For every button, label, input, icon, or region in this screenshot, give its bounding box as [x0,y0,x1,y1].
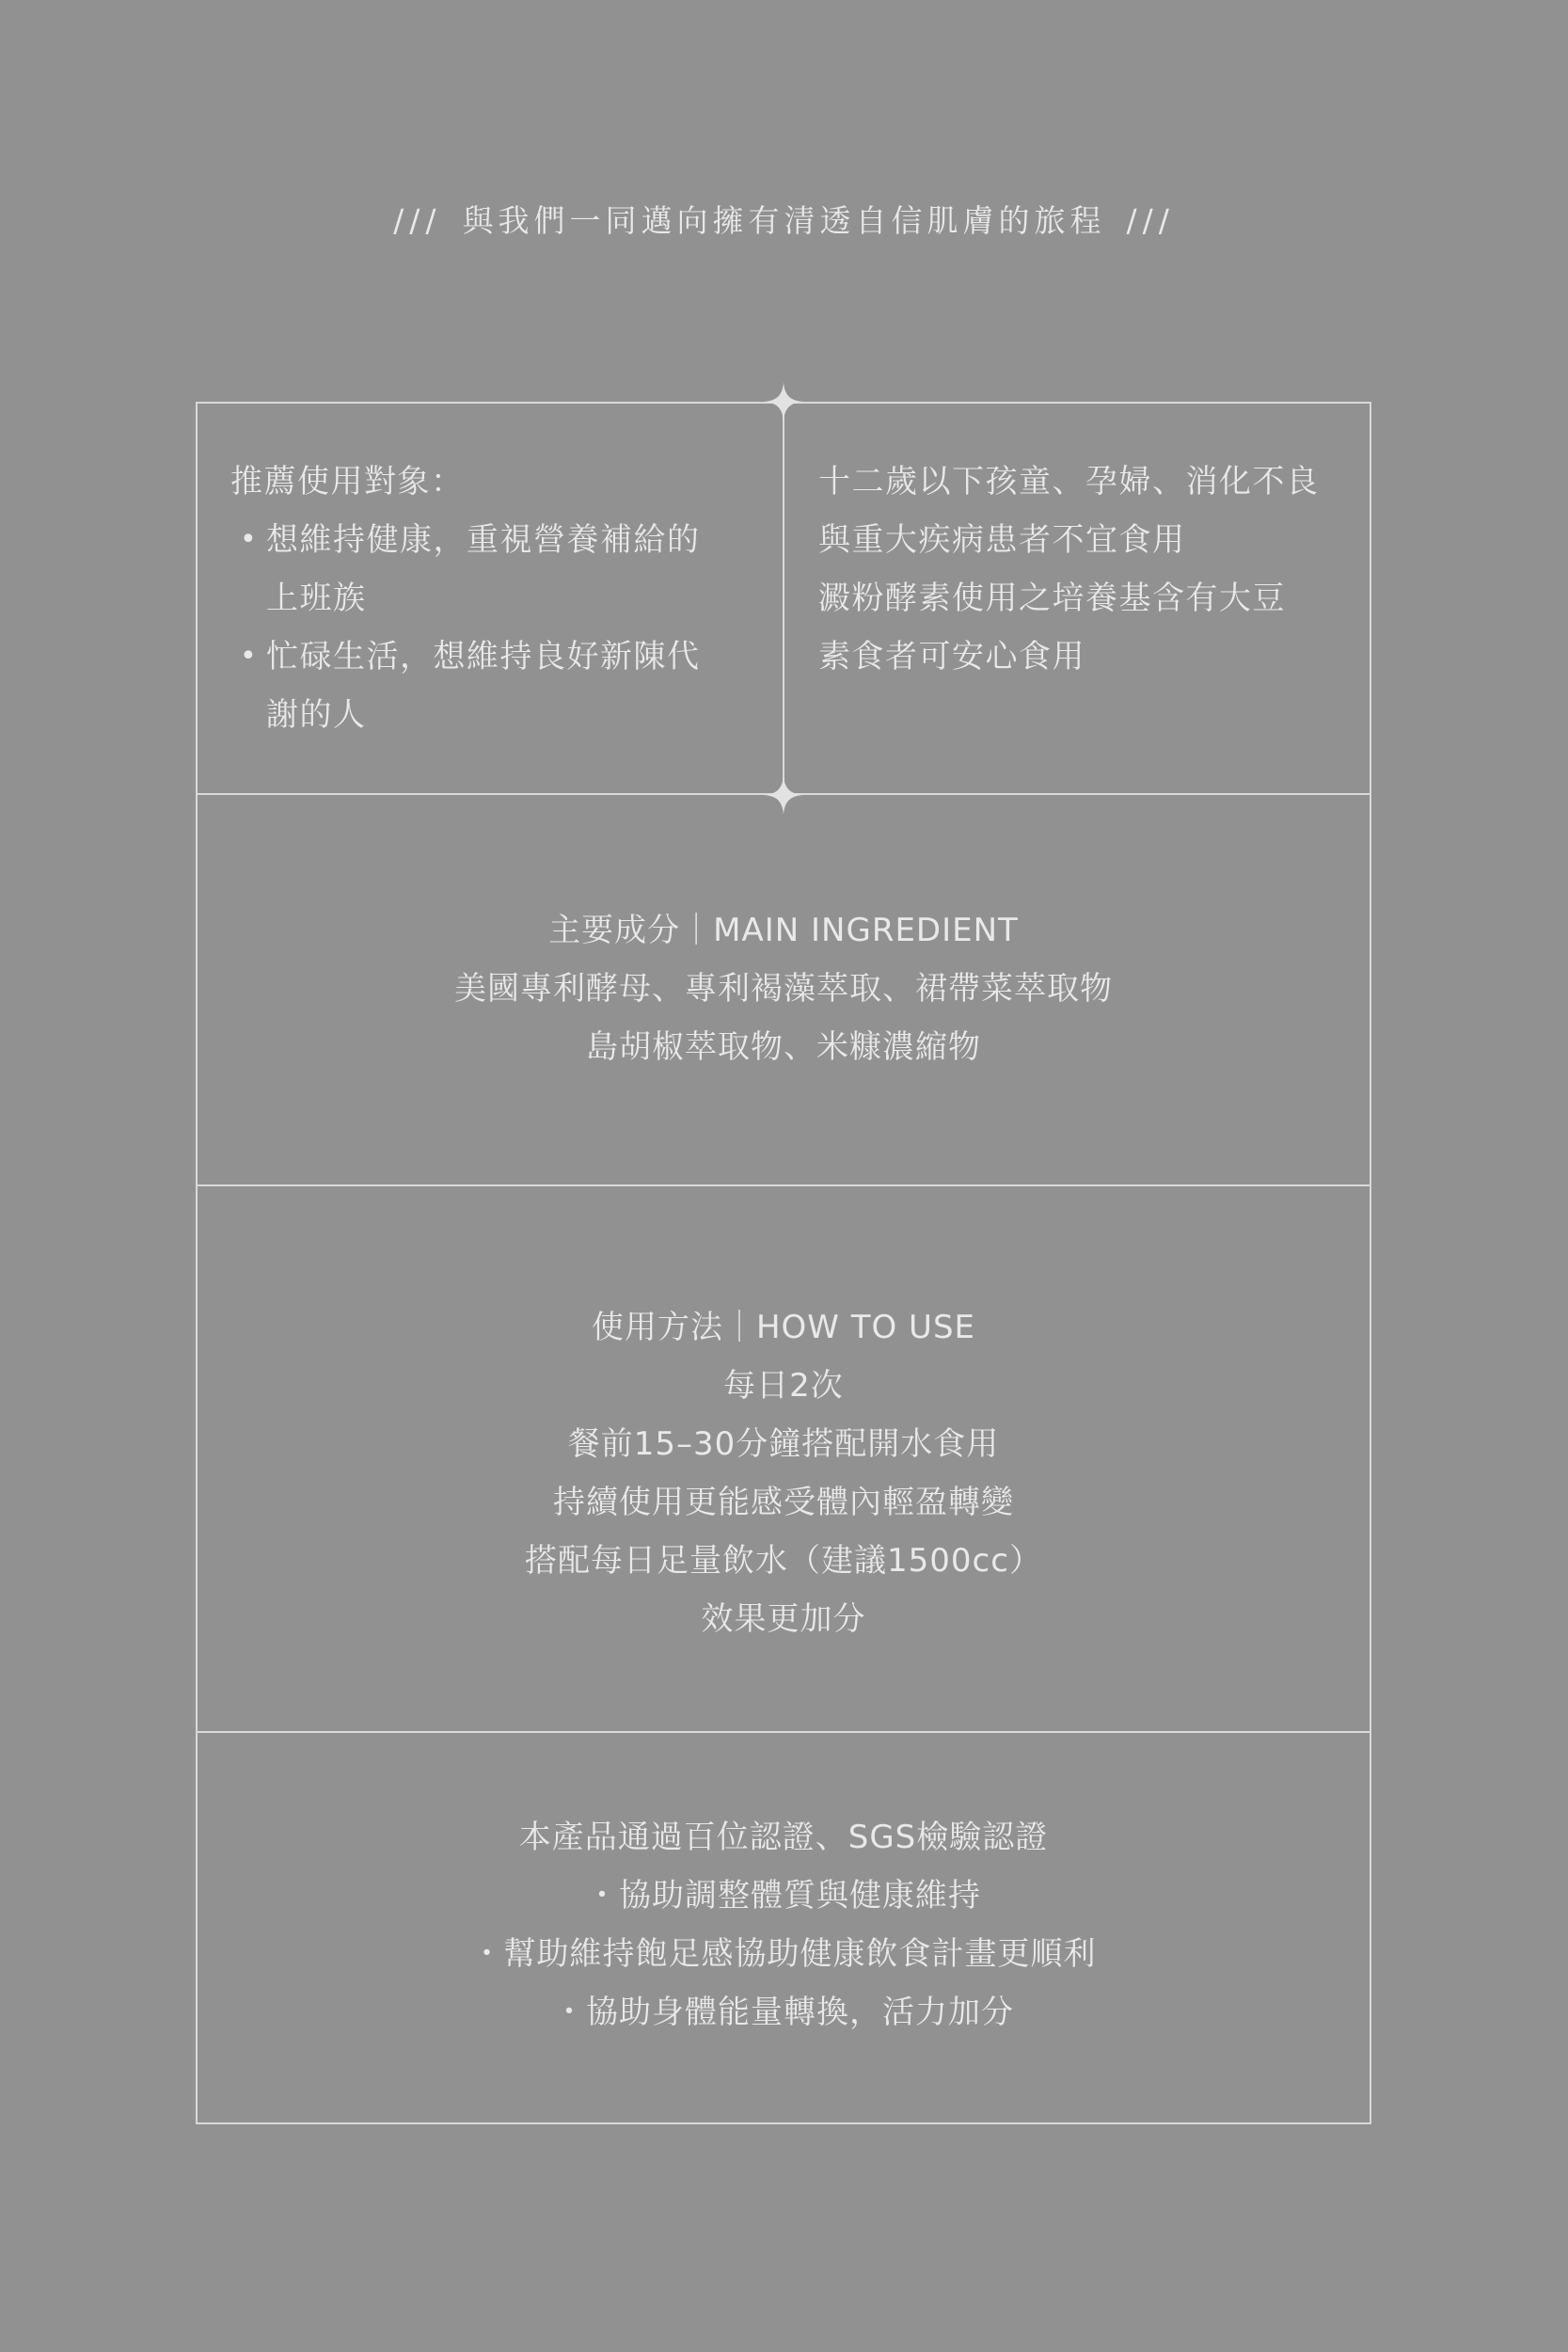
usage-line: 餐前15–30分鐘搭配開水食用 [196,1415,1371,1473]
sparkle-icon-bottom [764,775,803,815]
page-title: ///與我們一同邁向擁有清透自信肌膚的旅程/// [0,198,1568,245]
ingredient-heading: 主要成分｜MAIN INGREDIENT [196,901,1371,960]
caution-line: 十二歲以下孩童、孕婦、消化不良 [818,453,1364,511]
recommended-user-item: • 忙碌生活，想維持良好新陳代 謝的人 [230,628,757,744]
certification-line: ・幫助維持飽足感協助健康飲食計畫更順利 [196,1925,1371,1983]
ingredient-section: 主要成分｜MAIN INGREDIENT 美國專利酵母、專利褐藻萃取、裙帶菜萃取… [196,901,1371,1076]
usage-section: 使用方法｜HOW TO USE 每日2次 餐前15–30分鐘搭配開水食用 持續使… [196,1298,1371,1648]
title-text: 與我們一同邁向擁有清透自信肌膚的旅程 [463,202,1106,239]
title-slashes-right: /// [1127,202,1175,239]
certification-line: ・協助調整體質與健康維持 [196,1867,1371,1925]
item-line: 謝的人 [266,686,757,744]
vertical-divider [783,402,784,795]
certification-line: ・協助身體能量轉換，活力加分 [196,1983,1371,2042]
item-line: 忙碌生活，想維持良好新陳代 [266,628,757,686]
usage-line: 搭配每日足量飲水（建議1500cc） [196,1532,1371,1590]
usage-line: 每日2次 [196,1357,1371,1415]
usage-line: 效果更加分 [196,1590,1371,1648]
usage-heading: 使用方法｜HOW TO USE [196,1298,1371,1357]
bullet-icon: • [240,511,258,569]
item-line: 上班族 [266,569,757,628]
ingredient-line: 島胡椒萃取物、米糠濃縮物 [196,1018,1371,1076]
title-slashes-left: /// [393,202,441,239]
sparkle-icon-top [764,382,803,421]
ingredient-line: 美國專利酵母、專利褐藻萃取、裙帶菜萃取物 [196,960,1371,1018]
certification-line: 本產品通過百位認證、SGS檢驗認證 [196,1808,1371,1867]
caution-line: 與重大疾病患者不宜食用 [818,511,1364,569]
certification-section: 本產品通過百位認證、SGS檢驗認證 ・協助調整體質與健康維持 ・幫助維持飽足感協… [196,1808,1371,2042]
caution-line: 素食者可安心食用 [818,628,1364,686]
recommended-user-item: • 想維持健康，重視營養補給的 上班族 [230,511,757,628]
recommended-users-cell: 推薦使用對象： • 想維持健康，重視營養補給的 上班族 • 忙碌生活，想維持良好… [230,453,757,744]
usage-line: 持續使用更能感受體內輕盈轉變 [196,1473,1371,1532]
item-line: 想維持健康，重視營養補給的 [266,511,757,569]
recommended-users-heading: 推薦使用對象： [230,453,757,511]
caution-line: 澱粉酵素使用之培養基含有大豆 [818,569,1364,628]
divider-row-2 [196,1184,1371,1186]
bullet-icon: • [240,628,258,686]
divider-row-3 [196,1731,1371,1733]
caution-cell: 十二歲以下孩童、孕婦、消化不良 與重大疾病患者不宜食用 澱粉酵素使用之培養基含有… [818,453,1364,686]
